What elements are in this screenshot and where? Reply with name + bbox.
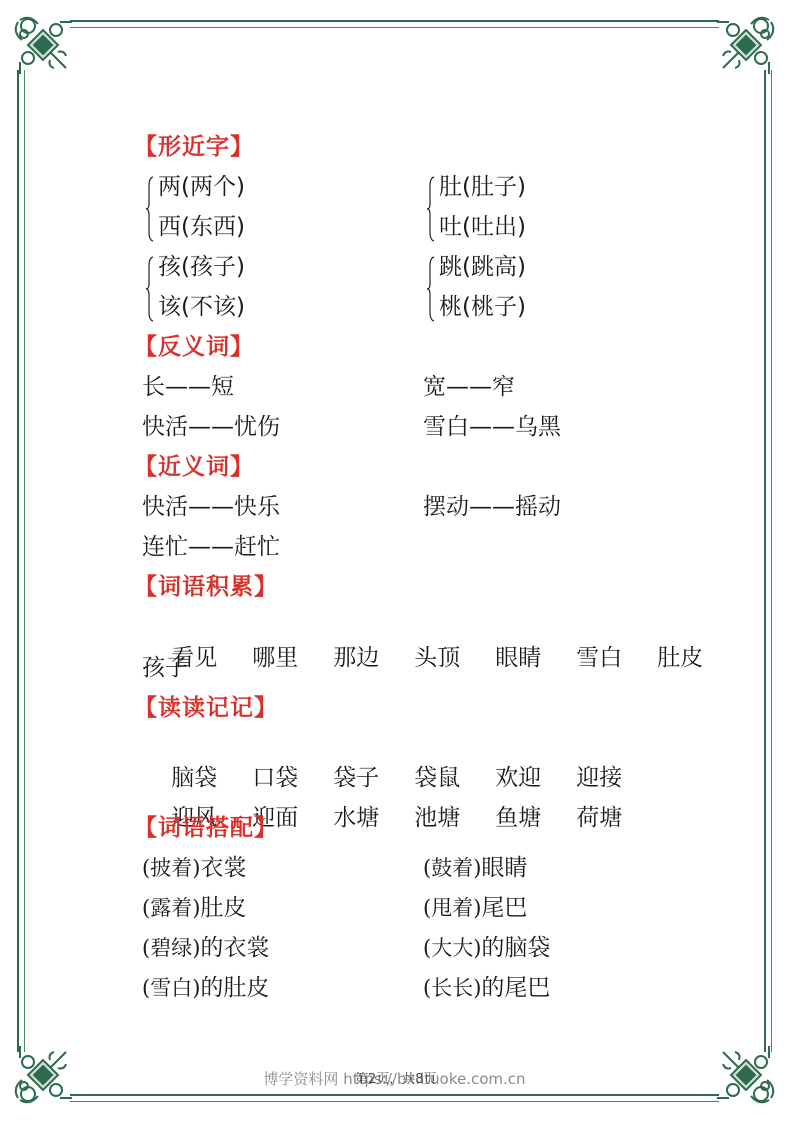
collocation-fill: (露着) [142,896,200,920]
section-heading-collocations: 【词语搭配】 [134,813,278,843]
synonym-pair: 快活——快乐 [142,492,280,522]
word: 鱼塘 [495,803,576,833]
collocation-rest: 的衣裳 [200,935,269,961]
collocation-item: (大大)的脑袋 [423,933,550,963]
word: 孩子 [142,653,188,683]
collocation-fill: (披着) [142,856,200,880]
ornament-corner-icon [713,12,779,78]
collocation-rest: 尾巴 [481,895,527,921]
word-bank-row: 看见哪里那边头顶眼睛雪白肚皮 [142,613,738,703]
synonym-pair: 摆动——摇动 [423,492,561,522]
word: 池塘 [414,803,495,833]
collocation-item: (露着)肚皮 [142,893,246,923]
similar-char-item: 孩(孩子) [158,252,245,282]
collocation-fill: (碧绿) [142,936,200,960]
collocation-rest: 的尾巴 [481,975,550,1001]
antonym-pair: 宽——窄 [423,372,515,402]
collocation-fill: (长长) [423,976,481,1000]
synonym-pair: 连忙——赶忙 [142,532,280,562]
word: 头顶 [414,643,495,673]
word: 水塘 [333,803,414,833]
collocation-item: (长长)的尾巴 [423,973,550,1003]
brace-icon [146,176,154,242]
antonym-pair: 雪白——乌黑 [423,412,561,442]
word: 荷塘 [576,803,657,833]
page-border-bottom [70,1094,719,1102]
collocation-item: (鼓着)眼睛 [423,853,527,883]
page-border-left [17,70,25,1052]
page-border-top [70,20,719,28]
section-heading-synonyms: 【近义词】 [134,452,254,482]
word: 雪白 [576,643,657,673]
brace-icon [427,256,435,322]
brace-icon [427,176,435,242]
collocation-fill: (鼓着) [423,856,481,880]
collocation-rest: 衣裳 [200,855,246,881]
page-border-right [764,70,772,1052]
section-heading-similar-chars: 【形近字】 [134,132,254,162]
word: 眼睛 [495,643,576,673]
word: 那边 [333,643,414,673]
collocation-fill: (甩着) [423,896,481,920]
similar-char-item: 跳(跳高) [439,252,526,282]
collocation-rest: 肚皮 [200,895,246,921]
word: 哪里 [252,643,333,673]
brace-icon [146,256,154,322]
antonym-pair: 长——短 [142,372,234,402]
collocation-item: (甩着)尾巴 [423,893,527,923]
similar-char-item: 桃(桃子) [439,292,526,322]
similar-char-item: 肚(肚子) [439,172,526,202]
section-heading-word-bank: 【词语积累】 [134,572,278,602]
collocation-rest: 的脑袋 [481,935,550,961]
similar-char-item: 吐(吐出) [439,212,526,242]
section-heading-antonyms: 【反义词】 [134,332,254,362]
collocation-item: (碧绿)的衣裳 [142,933,269,963]
page-footer: 博学资料网 https://bx.ituoke.com.cn 第2页，共8页 [0,1068,789,1089]
ornament-corner-icon [10,12,76,78]
similar-char-item: 该(不该) [158,292,245,322]
collocation-rest: 眼睛 [481,855,527,881]
collocation-item: (雪白)的肚皮 [142,973,269,1003]
section-heading-read-remember: 【读读记记】 [134,693,278,723]
antonym-pair: 快活——忧伤 [142,412,280,442]
collocation-fill: (雪白) [142,976,200,1000]
collocation-rest: 的肚皮 [200,975,269,1001]
similar-char-item: 西(东西) [158,212,245,242]
similar-char-item: 两(两个) [158,172,245,202]
page-number: 第2页，共8页 [355,1068,437,1087]
word: 肚皮 [657,643,738,673]
collocation-fill: (大大) [423,936,481,960]
collocation-item: (披着)衣裳 [142,853,246,883]
